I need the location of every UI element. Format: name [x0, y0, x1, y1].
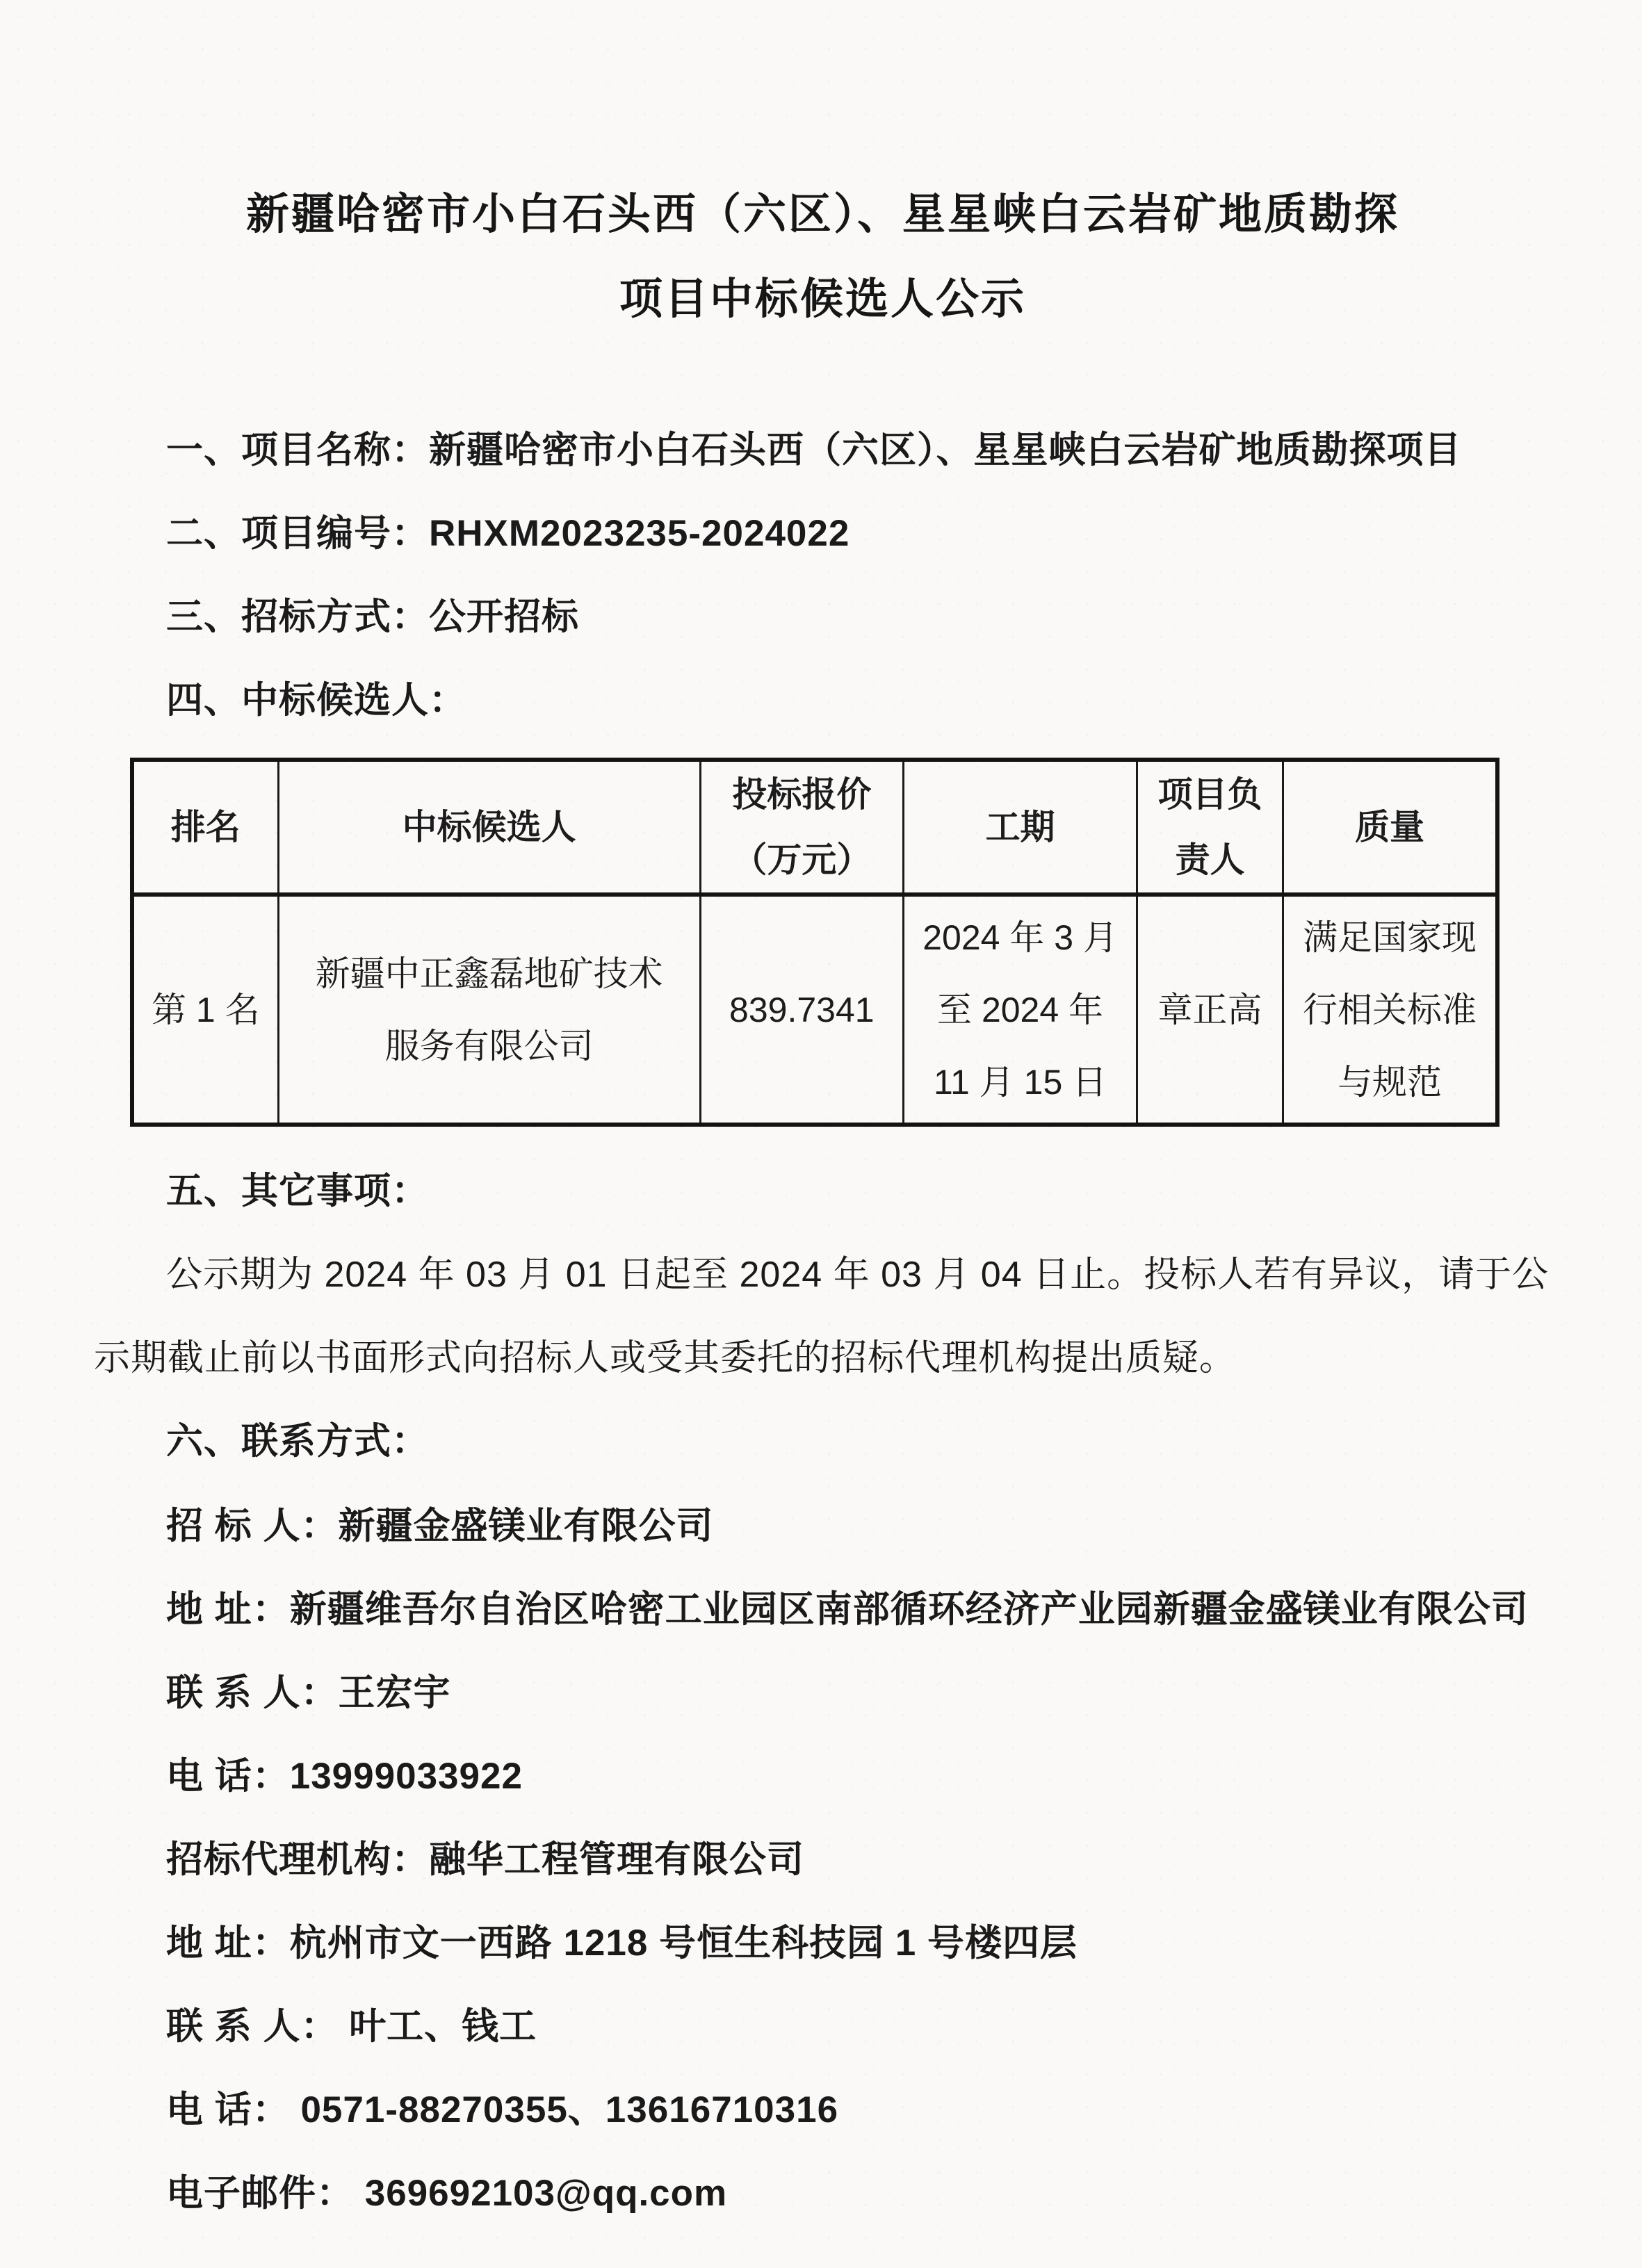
- contact-line-agency-email: 电子邮件： 369692103@qq.com: [94, 2152, 1552, 2235]
- header-quality: 质量: [1283, 760, 1497, 895]
- cell-rank: 第 1 名: [132, 895, 278, 1125]
- contact-line-tenderer-person: 联 系 人：王宏宇: [94, 1651, 1552, 1735]
- notice-paragraph-line-2: 示期截止前以书面形式向招标人或受其委托的招标代理机构提出质疑。: [94, 1316, 1552, 1400]
- section-project-name: 一、项目名称：新疆哈密市小白石头西（六区）、星星峡白云岩矿地质勘探项目: [94, 409, 1552, 492]
- contact-line-tenderer-phone: 电 话：13999033922: [94, 1735, 1552, 1818]
- header-rank: 排名: [132, 760, 278, 895]
- header-project-manager: 项目负 责人: [1137, 760, 1283, 895]
- contact-line-agency-person: 联 系 人： 叶工、钱工: [94, 1985, 1552, 2069]
- contact-line-agency-address: 地 址：杭州市文一西路 1218 号恒生科技园 1 号楼四层: [94, 1902, 1552, 1985]
- contact-line-agency: 招标代理机构：融华工程管理有限公司: [94, 1818, 1552, 1902]
- numbered-sections: 一、项目名称：新疆哈密市小白石头西（六区）、星星峡白云岩矿地质勘探项目 二、项目…: [94, 409, 1552, 742]
- contact-line-tenderer: 招 标 人：新疆金盛镁业有限公司: [94, 1485, 1552, 1568]
- cell-candidate: 新疆中正鑫磊地矿技术 服务有限公司: [278, 895, 700, 1125]
- scanned-document-page: 新疆哈密市小白石头西（六区）、星星峡白云岩矿地质勘探 项目中标候选人公示 一、项…: [0, 0, 1642, 2268]
- section-candidates-heading: 四、中标候选人：: [94, 659, 1552, 742]
- candidates-table: 排名 中标候选人 投标报价 （万元） 工期 项目负 责人 质: [130, 758, 1499, 1127]
- other-matters-section: 五、其它事项： 公示期为 2024 年 03 月 01 日起至 2024 年 0…: [94, 1150, 1552, 1483]
- contact-line-tenderer-address: 地 址：新疆维吾尔自治区哈密工业园区南部循环经济产业园新疆金盛镁业有限公司: [94, 1568, 1552, 1651]
- header-bid-price: 投标报价 （万元）: [700, 760, 904, 895]
- cell-quality: 满足国家现 行相关标准 与规范: [1283, 895, 1497, 1125]
- cell-project-manager: 章正高: [1137, 895, 1283, 1125]
- table-row: 第 1 名 新疆中正鑫磊地矿技术 服务有限公司 839.7341 2024 年 …: [132, 895, 1497, 1125]
- section-other-matters-heading: 五、其它事项：: [94, 1150, 1552, 1233]
- page-title: 新疆哈密市小白石头西（六区）、星星峡白云岩矿地质勘探 项目中标候选人公示: [94, 0, 1552, 342]
- notice-paragraph-line-1: 公示期为 2024 年 03 月 01 日起至 2024 年 03 月 04 日…: [94, 1233, 1552, 1316]
- page-title-line-1: 新疆哈密市小白石头西（六区）、星星峡白云岩矿地质勘探: [94, 172, 1552, 257]
- section-contact-heading: 六、联系方式：: [94, 1400, 1552, 1483]
- contact-line-agency-phone: 电 话： 0571-88270355、13616710316: [94, 2069, 1552, 2152]
- section-bid-method: 三、招标方式：公开招标: [94, 576, 1552, 659]
- section-project-number: 二、项目编号：RHXM2023235-2024022: [94, 492, 1552, 576]
- page-title-line-2: 项目中标候选人公示: [94, 257, 1552, 342]
- cell-bid-price: 839.7341: [700, 895, 904, 1125]
- header-duration: 工期: [904, 760, 1137, 895]
- header-candidate: 中标候选人: [278, 760, 700, 895]
- table-header-row: 排名 中标候选人 投标报价 （万元） 工期 项目负 责人 质: [132, 760, 1497, 895]
- cell-duration: 2024 年 3 月 至 2024 年 11 月 15 日: [904, 895, 1137, 1125]
- contact-info-block: 招 标 人：新疆金盛镁业有限公司 地 址：新疆维吾尔自治区哈密工业园区南部循环经…: [94, 1485, 1552, 2235]
